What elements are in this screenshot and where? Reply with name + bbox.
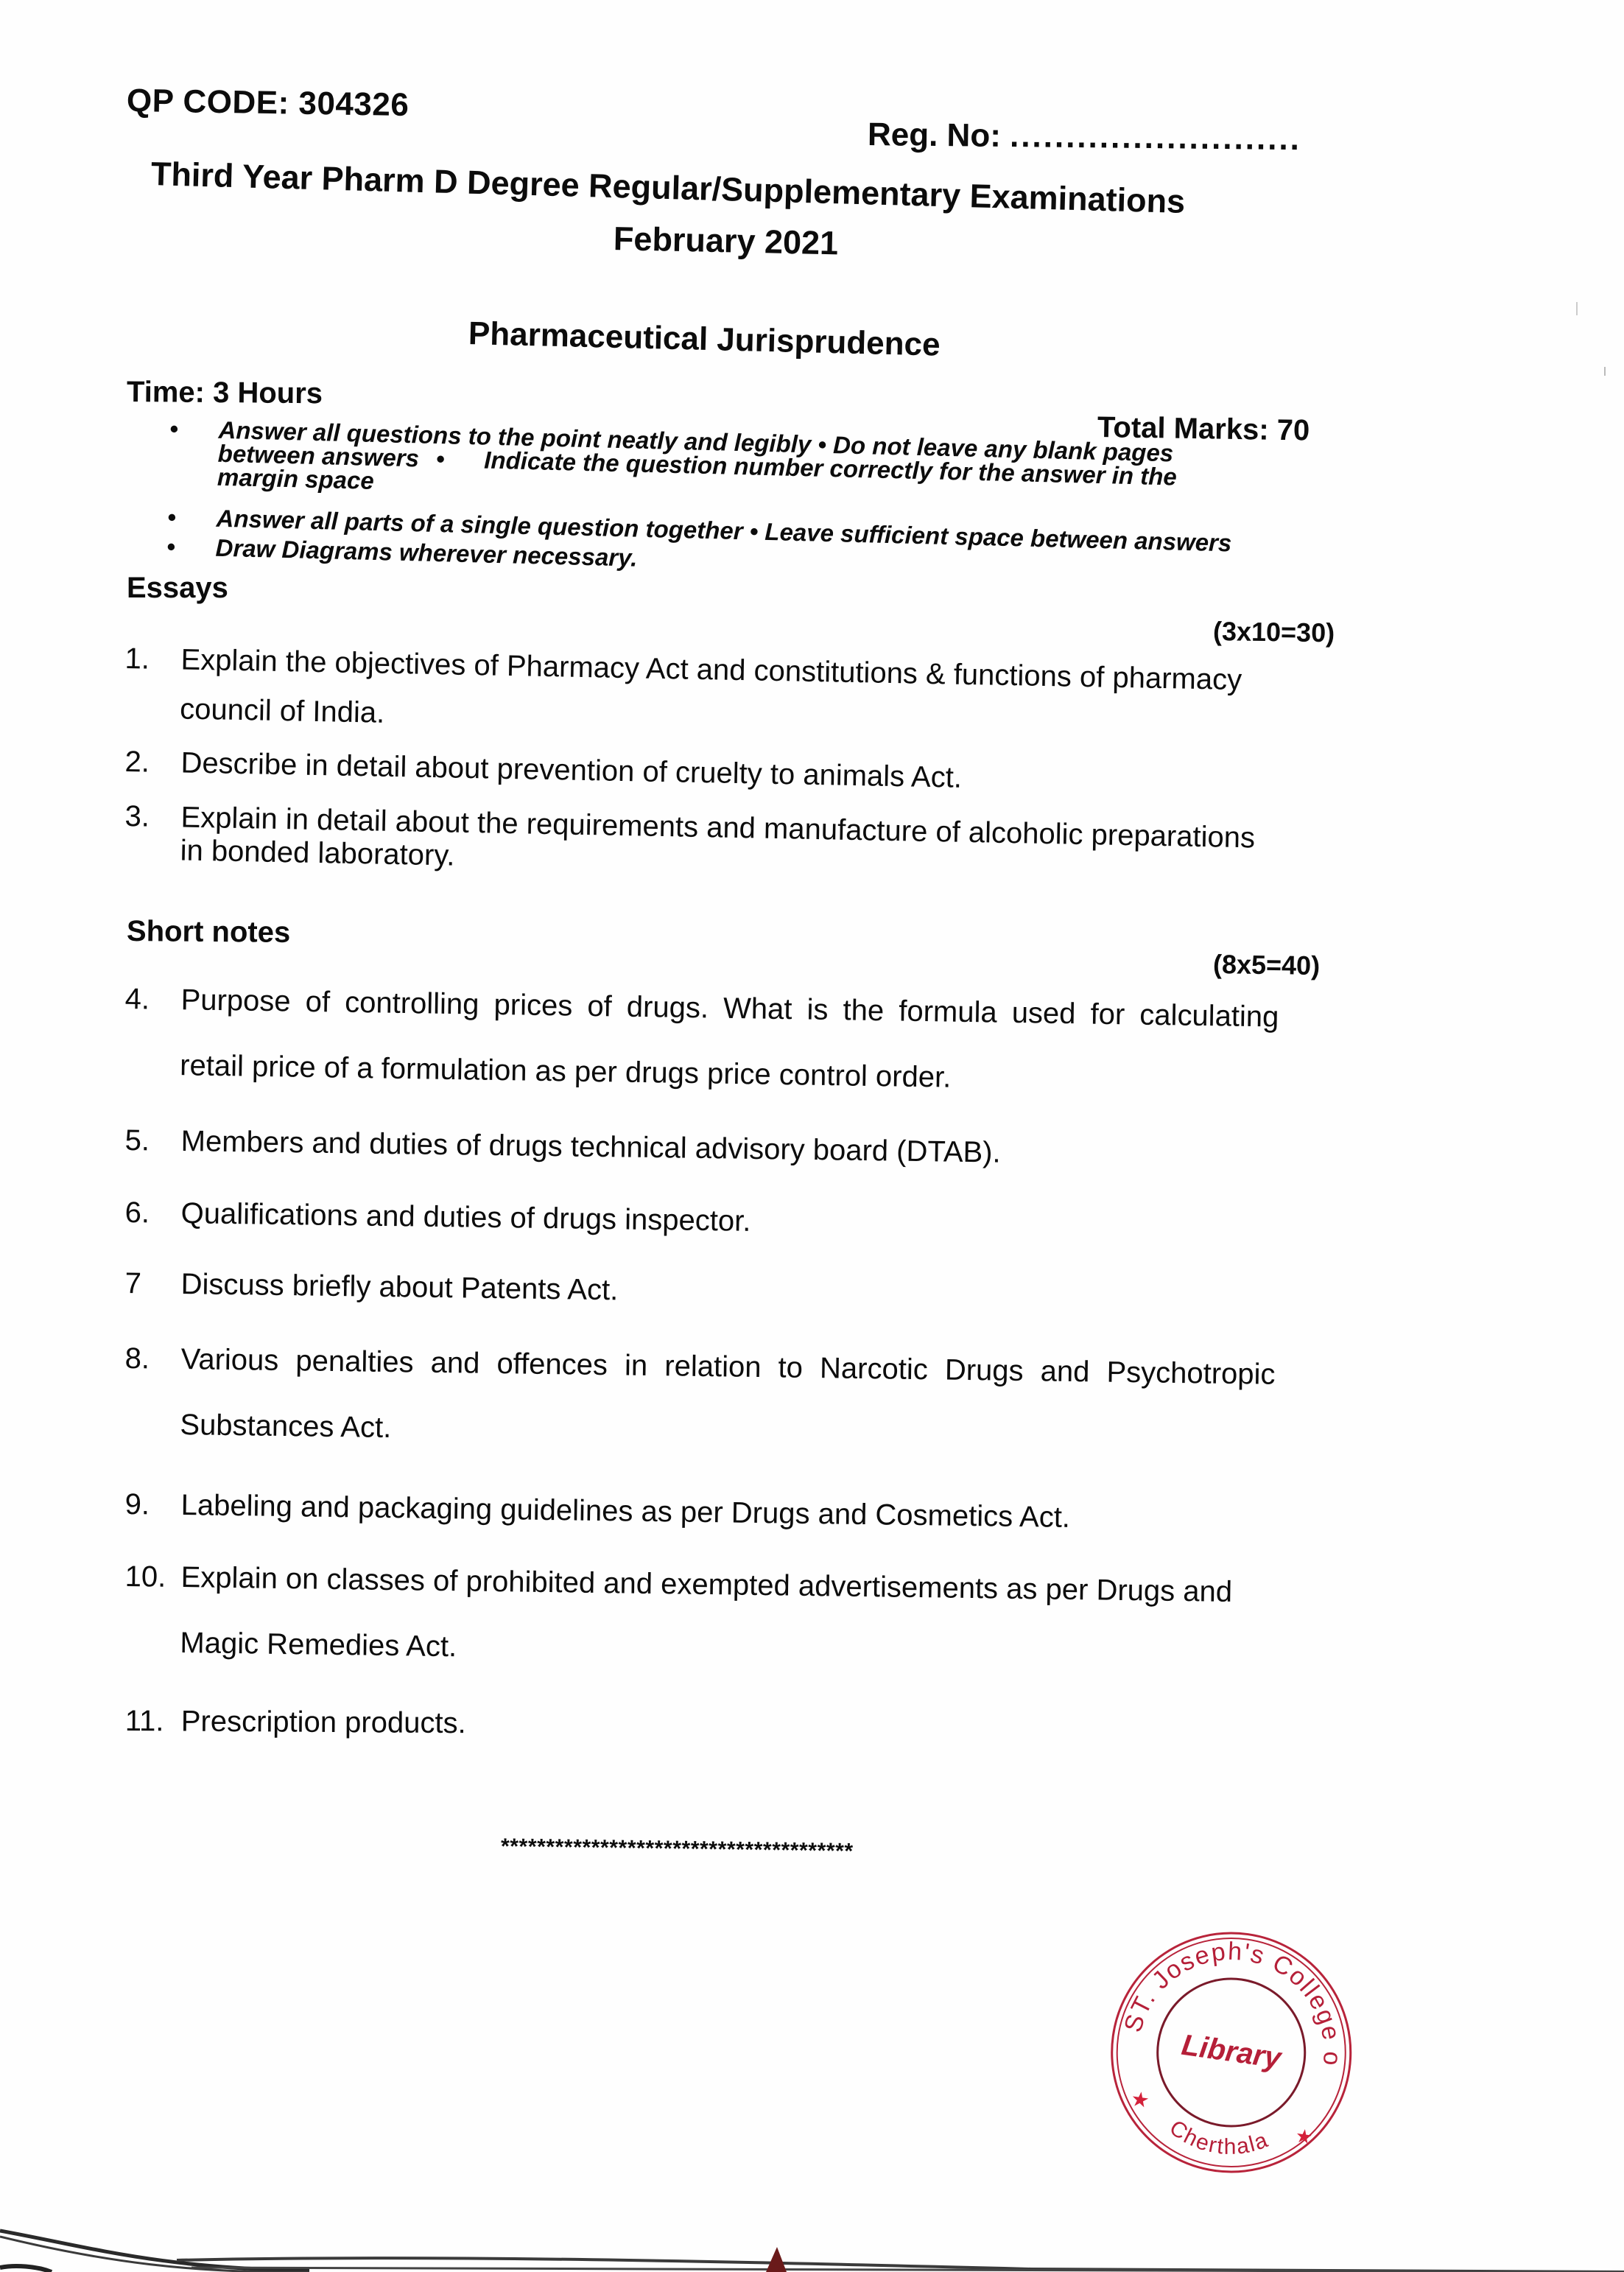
scan-artifact: [1604, 367, 1606, 376]
question-text: Purpose of controlling prices of drugs. …: [180, 984, 1279, 1099]
svg-text:★: ★: [1129, 2086, 1150, 2113]
question-number: 9.: [124, 1488, 177, 1522]
question-text: Members and duties of drugs technical ad…: [180, 1125, 1001, 1170]
registration-number-field: Reg. No: ..........................: [868, 116, 1301, 158]
question-text: Labeling and packaging guidelines as per…: [180, 1489, 1070, 1535]
question-8: 8. Various penalties and offences in rel…: [125, 1342, 1363, 1359]
question-number: 1.: [124, 642, 177, 676]
subject-title: Pharmaceutical Jurisprudence: [468, 315, 941, 364]
stamp-seal-icon: ST. Joseph's College of Pharmacy Chertha…: [1092, 1926, 1371, 2176]
reg-no-label: Reg. No:: [868, 116, 1001, 154]
exam-session: February 2021: [613, 220, 838, 262]
question-number: 5.: [124, 1124, 177, 1158]
question-number: 11.: [125, 1705, 177, 1738]
question-number: 6.: [124, 1196, 177, 1230]
question-text: Qualifications and duties of drugs inspe…: [180, 1197, 751, 1238]
section-marks-essays: (3x10=30): [1213, 616, 1335, 648]
bullet-icon: •: [169, 417, 178, 441]
end-of-paper-marker: ***************************************: [501, 1834, 854, 1865]
question-text: Describe in detail about prevention of c…: [180, 746, 962, 794]
question-number: 8.: [124, 1342, 177, 1376]
question-number: 3.: [124, 800, 177, 834]
question-text: Explain in detail about the requirements…: [180, 801, 1255, 888]
question-line: Explain on classes of prohibited and exe…: [180, 1561, 1232, 1608]
bullet-icon: •: [167, 505, 176, 529]
exam-title: Third Year Pharm D Degree Regular/Supple…: [150, 155, 1186, 221]
svg-text:★: ★: [1294, 2125, 1314, 2149]
qp-code: QP CODE: 304326: [127, 83, 409, 124]
instructions-list: • Answer all questions to the point neat…: [162, 417, 1343, 587]
question-text: Discuss briefly about Patents Act.: [180, 1268, 618, 1307]
scan-artifact: [1576, 302, 1578, 315]
section-marks-short-notes: (8x5=40): [1213, 949, 1321, 981]
question-line: in bonded laboratory.: [180, 834, 455, 872]
question-number: 4.: [124, 983, 177, 1017]
question-9: 9. Labeling and packaging guidelines as …: [125, 1488, 1363, 1505]
question-3: 3. Explain in detail about the requireme…: [125, 800, 1363, 824]
question-number: 2.: [124, 746, 177, 779]
exam-duration: Time: 3 Hours: [127, 376, 323, 410]
question-line: Substances Act.: [180, 1409, 391, 1445]
exam-question-paper: QP CODE: 304326 Reg. No: ...............…: [0, 0, 1624, 2272]
question-11: 11. Prescription products.: [125, 1705, 1363, 1714]
question-line: retail price of a formulation as per dru…: [180, 1049, 952, 1094]
question-text: Explain the objectives of Pharmacy Act a…: [180, 643, 1242, 746]
question-7: 7 Discuss briefly about Patents Act.: [125, 1267, 1363, 1284]
reg-no-blank: ..........................: [1010, 118, 1301, 157]
question-4: 4. Purpose of controlling prices of drug…: [125, 983, 1363, 1002]
bullet-icon: •: [426, 447, 456, 471]
question-number: 7: [124, 1267, 177, 1301]
question-line: Explain the objectives of Pharmacy Act a…: [180, 643, 1242, 696]
question-text: Prescription products.: [181, 1705, 466, 1741]
question-line: council of India.: [180, 693, 385, 729]
library-stamp: ST. Joseph's College of Pharmacy Chertha…: [1092, 1926, 1371, 2176]
bullet-icon: •: [166, 535, 175, 558]
question-line: Various penalties and offences in relati…: [180, 1343, 1275, 1391]
question-line: Purpose of controlling prices of drugs. …: [180, 984, 1279, 1033]
question-10: 10. Explain on classes of prohibited and…: [125, 1560, 1363, 1577]
question-1: 1. Explain the objectives of Pharmacy Ac…: [125, 642, 1363, 666]
question-2: 2. Describe in detail about prevention o…: [125, 746, 1363, 769]
question-5: 5. Members and duties of drugs technical…: [125, 1124, 1363, 1141]
section-heading-short-notes: Short notes: [127, 915, 291, 950]
question-number: 10.: [124, 1560, 177, 1594]
question-text: Various penalties and offences in relati…: [180, 1343, 1276, 1457]
question-text: Explain on classes of prohibited and exe…: [180, 1561, 1232, 1675]
section-heading-essays: Essays: [127, 572, 228, 605]
svg-text:Library: Library: [1180, 2029, 1284, 2075]
question-line: Magic Remedies Act.: [180, 1627, 457, 1663]
question-6: 6. Qualifications and duties of drugs in…: [125, 1196, 1363, 1213]
scan-edge-lines: [0, 2203, 1624, 2272]
